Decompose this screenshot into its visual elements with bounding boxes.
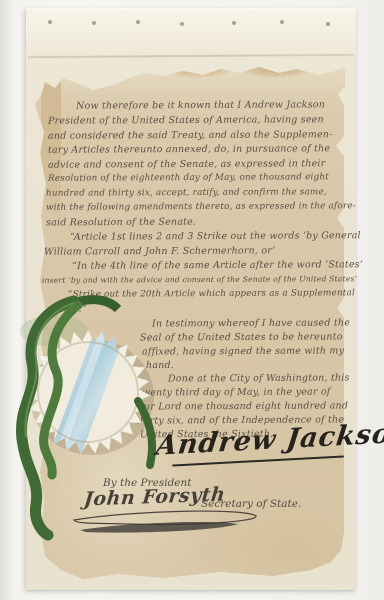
manuscript-line: said Resolution of the Senate. <box>46 217 196 229</box>
manuscript-line: hundred and thirty six, accept, ratify, … <box>46 187 327 198</box>
manuscript-line: and considered the said Treaty, and also… <box>48 129 333 141</box>
manuscript-line: Resolution of the eighteenth day of May,… <box>48 172 329 183</box>
manuscript-line: advice and consent of the Senate, as exp… <box>48 158 325 170</box>
signature-flourish <box>66 506 266 540</box>
manuscript-line: Done at the City of Washington, this <box>168 373 350 385</box>
manuscript-line: “In the 4th line of the same Article aft… <box>72 259 363 272</box>
document-photo: Now therefore be it known that I Andrew … <box>0 0 384 600</box>
manuscript-line: with the following amendments thereto, a… <box>46 201 356 213</box>
backing-top-fold <box>26 8 356 60</box>
manuscript-line: tary Articles thereunto annexed, do, in … <box>48 143 330 155</box>
manuscript-line: President of the United States of Americ… <box>48 114 324 126</box>
binding-stitch-holes-icon <box>48 20 52 24</box>
manuscript-line: insert ‘by and with the advice and conse… <box>42 274 357 285</box>
manuscript-line: Now therefore be it known that I Andrew … <box>76 99 325 111</box>
manuscript-line: “Article 1st lines 2 and 3 Strike out th… <box>70 230 361 243</box>
manuscript-line: William Carroll and John F. Schermerhorn… <box>44 245 275 257</box>
